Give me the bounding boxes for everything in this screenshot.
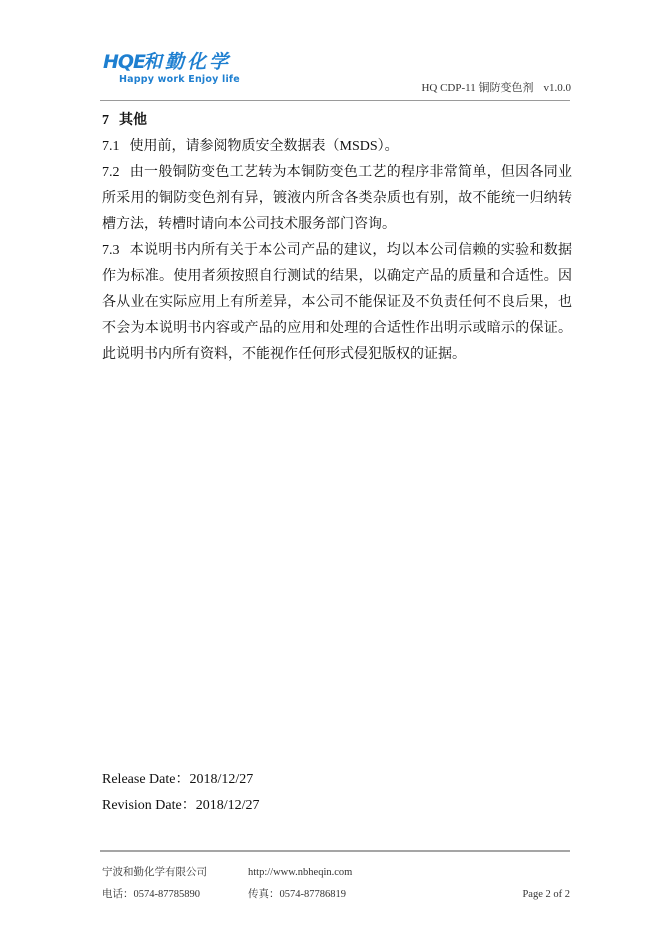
paragraph-7-2: 7.2由一般铜防变色工艺转为本铜防变色工艺的程序非常简单，但因各同业所采用的铜防… [102,160,572,238]
logo-slogan: Happy work Enjoy life [119,74,240,85]
revision-date-value: 2018/12/27 [196,798,260,813]
document-page: HQE 和勤化学 Happy work Enjoy life HQ CDP-11… [0,0,671,950]
release-date: Release Date：2018/12/27 [102,767,260,793]
footer-website-link[interactable]: http://www.nbheqin.com [248,862,352,884]
paragraph-7-1: 7.1使用前，请参阅物质安全数据表（MSDS）。 [102,134,572,160]
paragraph-7-3: 7.3本说明书内所有关于本公司产品的建议，均以本公司信赖的实验和数据作为标准。使… [102,238,572,368]
footer-row-2: 电话：0574-87785890 传真：0574-87786819 Page 2… [102,884,570,906]
paragraph-text: 由一般铜防变色工艺转为本铜防变色工艺的程序非常简单，但因各同业所采用的铜防变色剂… [102,165,572,232]
page-footer: 宁波和勤化学有限公司 http://www.nbheqin.com 电话：057… [102,862,570,906]
section-title: 其他 [119,113,147,128]
document-header-title: HQ CDP-11 铜防变色剂v1.0.0 [421,79,571,95]
paragraph-number: 7.2 [102,165,120,180]
revision-date: Revision Date：2018/12/27 [102,793,260,819]
section-number: 7 [102,113,109,128]
paragraph-text: 本说明书内所有关于本公司产品的建议，均以本公司信赖的实验和数据作为标准。使用者须… [102,243,572,362]
footer-phone: 电话：0574-87785890 [102,884,200,906]
footer-fax: 传真：0574-87786819 [248,884,346,906]
document-body: 7其他 7.1使用前，请参阅物质安全数据表（MSDS）。 7.2由一般铜防变色工… [102,108,572,368]
header-divider [100,100,570,101]
paragraph-number: 7.1 [102,139,120,154]
footer-company: 宁波和勤化学有限公司 [102,862,207,884]
doc-version: v1.0.0 [544,82,572,94]
logo-mark: HQE [103,50,145,74]
paragraph-text: 使用前，请参阅物质安全数据表（MSDS）。 [130,139,399,154]
release-date-label: Release Date： [102,772,189,787]
revision-date-label: Revision Date： [102,798,196,813]
footer-divider [100,850,570,852]
page-number: Page 2 of 2 [522,884,570,906]
logo-chinese-name: 和勤化学 [143,50,231,74]
section-heading: 7其他 [102,108,572,134]
release-date-value: 2018/12/27 [189,772,253,787]
footer-row-1: 宁波和勤化学有限公司 http://www.nbheqin.com [102,862,570,884]
doc-title: HQ CDP-11 铜防变色剂 [421,82,533,94]
paragraph-number: 7.3 [102,243,120,258]
company-logo: HQE 和勤化学 Happy work Enjoy life [103,50,253,90]
document-dates: Release Date：2018/12/27 Revision Date：20… [102,767,260,819]
